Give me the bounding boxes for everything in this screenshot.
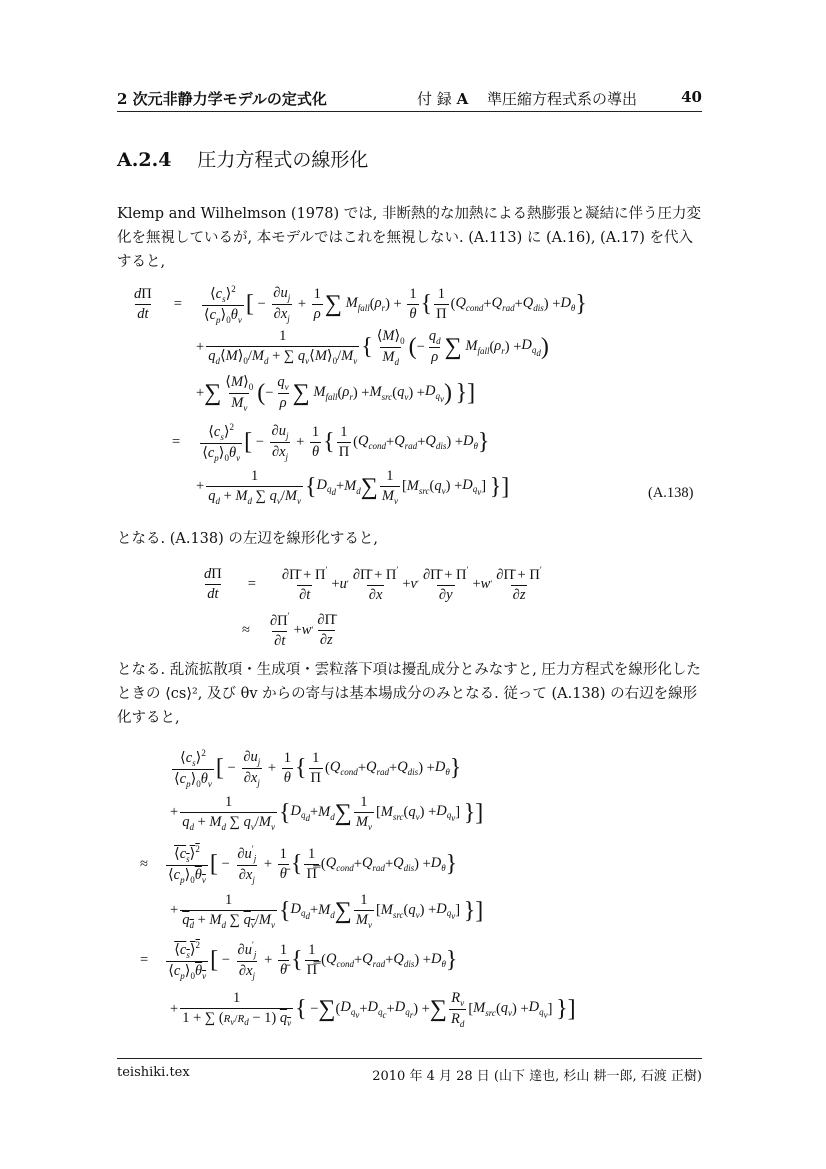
footer-date-authors: 2010 年 4 月 28 日 (山下 達也, 杉山 耕一郎, 石渡 正樹) <box>372 1065 702 1084</box>
header-appendix-title: 準圧縮方程式系の導出 <box>487 88 637 109</box>
document-page: 2 次元非静力学モデルの定式化 付 録 A 準圧縮方程式系の導出 40 A.2.… <box>0 0 826 1169</box>
page-number: 40 <box>681 88 702 106</box>
header-chapter: 2 次元非静力学モデルの定式化 <box>117 88 327 109</box>
paragraph-lhs-linearize: となる. (A.138) の左辺を線形化すると, <box>117 527 702 551</box>
section-title: 圧力方程式の線形化 <box>197 149 368 171</box>
equation-number: (A.138) <box>648 485 694 502</box>
header-appendix-label: 付 録 A <box>417 88 468 109</box>
paragraph-intro: Klemp and Wilhelmson (1978) では, 非断熱的な加熱に… <box>117 202 702 274</box>
footer-filename: teishiki.tex <box>117 1065 190 1080</box>
header-rule <box>117 111 702 112</box>
section-number: A.2.4 <box>117 149 171 171</box>
paragraph-rhs-linearize: となる. 乱流拡散項・生成項・雲粒落下項は擾乱成分とみなすと, 圧力方程式を線形… <box>117 658 702 730</box>
section-heading: A.2.4圧力方程式の線形化 <box>117 145 368 172</box>
footer-rule <box>117 1058 702 1059</box>
running-header: 2 次元非静力学モデルの定式化 付 録 A 準圧縮方程式系の導出 40 <box>117 88 702 110</box>
